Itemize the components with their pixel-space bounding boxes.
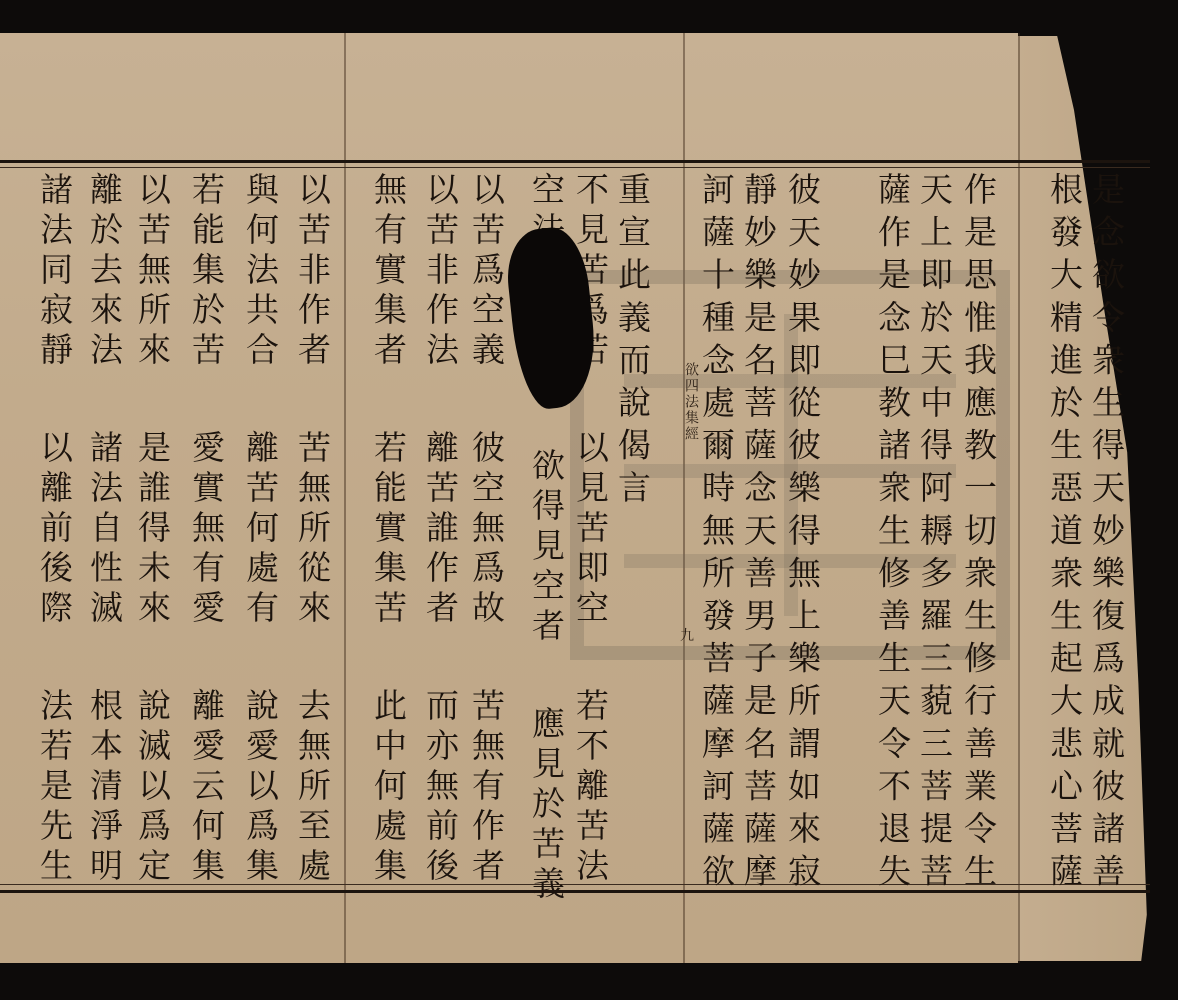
verse-line: 根本清淨明 bbox=[85, 688, 124, 888]
text-column: 是念欲令衆生得天妙樂復爲成就彼諸善 bbox=[1090, 172, 1123, 896]
verse-line: 無有實集者 bbox=[369, 172, 408, 372]
verse-line: 法若是先生 bbox=[35, 688, 74, 888]
verse-line: 離愛云何集 bbox=[187, 688, 226, 888]
verse-line: 若能集於苦 bbox=[187, 172, 226, 372]
text-column: 天上即於天中得阿耨多羅三藐三菩提菩 bbox=[918, 172, 951, 896]
verse-line: 離苦誰作者 bbox=[421, 430, 460, 630]
text-column: 若能集於苦愛實無有愛離愛云何集 bbox=[190, 172, 223, 888]
page-fold-line bbox=[344, 33, 346, 963]
margin-title: 欲四法集經 bbox=[681, 362, 701, 442]
verse-line: 離苦何處有 bbox=[241, 430, 280, 630]
verse-line: 愛實無有愛 bbox=[187, 430, 226, 630]
verse-line: 以見苦即空 bbox=[571, 430, 610, 630]
verse-line: 若不離苦法 bbox=[571, 688, 610, 888]
text-column: 訶薩十種念處爾時無所發菩薩摩訶薩欲 bbox=[700, 172, 733, 896]
text-column: 重宣此義而說偈言 bbox=[616, 172, 649, 513]
verse-line: 此中何處集 bbox=[369, 688, 408, 888]
text-column: 以苦非作者苦無所從來去無所至處 bbox=[296, 172, 329, 888]
text-column: 薩作是念巳教諸衆生修善生天令不退失 bbox=[876, 172, 909, 896]
verse-line: 苦無所從來 bbox=[293, 430, 332, 630]
verse-line: 以苦非作法 bbox=[421, 172, 460, 372]
text-column: 以苦非作法離苦誰作者而亦無前後 bbox=[424, 172, 457, 888]
verse-line: 是誰得未來 bbox=[133, 430, 172, 630]
verse-line: 說滅以爲定 bbox=[133, 688, 172, 888]
verse-line: 與何法共合 bbox=[241, 172, 280, 372]
verse-line: 彼空無爲故 bbox=[467, 430, 506, 630]
text-column: 彼天妙果即從彼樂得無上樂所謂如來寂 bbox=[786, 172, 819, 896]
verse-line: 以苦無所來 bbox=[133, 172, 172, 372]
verse-line: 去無所至處 bbox=[293, 688, 332, 888]
verse-line: 欲得見空者 bbox=[527, 448, 566, 648]
verse-line: 離於去來法 bbox=[85, 172, 124, 372]
text-column: 諸法同寂靜以離前後際法若是先生 bbox=[38, 172, 71, 888]
verse-line: 以苦爲空義 bbox=[467, 172, 506, 372]
text-column: 以苦無所來是誰得未來說滅以爲定 bbox=[136, 172, 169, 888]
verse-line: 苦無有作者 bbox=[467, 688, 506, 888]
text-column: 根發大精進於生惡道衆生起大悲心菩薩 bbox=[1048, 172, 1081, 896]
verse-line: 以離前後際 bbox=[35, 430, 74, 630]
page-fold-line bbox=[1018, 33, 1020, 963]
page-fold-line bbox=[683, 33, 685, 963]
top-border-rule bbox=[0, 160, 1150, 163]
verse-line: 若能實集苦 bbox=[369, 430, 408, 630]
text-column: 靜妙樂是名菩薩念天善男子是名菩薩摩 bbox=[742, 172, 775, 896]
text-column: 離於去來法諸法自性滅根本清淨明 bbox=[88, 172, 121, 888]
verse-line: 諸法自性滅 bbox=[85, 430, 124, 630]
text-column: 以苦爲空義彼空無爲故苦無有作者 bbox=[470, 172, 503, 888]
verse-line: 諸法同寂靜 bbox=[35, 172, 74, 372]
text-column: 與何法共合離苦何處有說愛以爲集 bbox=[244, 172, 277, 888]
verse-line: 說愛以爲集 bbox=[241, 688, 280, 888]
verse-line: 而亦無前後 bbox=[421, 688, 460, 888]
page-number: 九 bbox=[680, 625, 694, 645]
text-column: 作是思惟我應教一切衆生修行善業令生 bbox=[962, 172, 995, 896]
verse-line: 以苦非作者 bbox=[293, 172, 332, 372]
text-column: 無有實集者若能實集苦此中何處集 bbox=[372, 172, 405, 888]
top-border-rule-inner bbox=[0, 167, 1150, 168]
verse-line: 應見於苦義 bbox=[527, 706, 566, 906]
